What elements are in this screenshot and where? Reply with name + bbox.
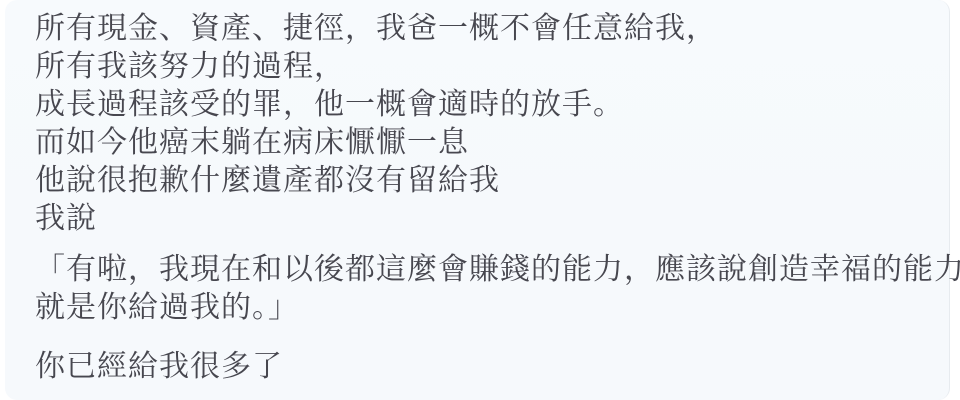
text-line: 所有我該努力的過程， [35, 48, 933, 86]
text-line: 所有現金、資產、捷徑，我爸一概不會任意給我， [35, 10, 933, 48]
paragraph: 所有現金、資產、捷徑，我爸一概不會任意給我，所有我該努力的過程，成長過程該受的罪… [35, 10, 933, 238]
text-card: 所有現金、資產、捷徑，我爸一概不會任意給我，所有我該努力的過程，成長過程該受的罪… [5, 0, 950, 400]
text-line: 他說很抱歉什麼遺產都沒有留給我 [35, 162, 933, 200]
text-line: 「有啦，我現在和以後都這麼會賺錢的能力，應該說創造幸福的能力， [35, 251, 933, 289]
paragraph: 「有啦，我現在和以後都這麼會賺錢的能力，應該說創造幸福的能力，就是你給過我的。」 [35, 251, 933, 327]
text-line: 成長過程該受的罪，他一概會適時的放手。 [35, 86, 933, 124]
text-line: 我說 [35, 200, 933, 238]
text-line: 就是你給過我的。」 [35, 289, 933, 327]
text-line: 你已經給我很多了 [35, 348, 933, 386]
text-body: 所有現金、資產、捷徑，我爸一概不會任意給我，所有我該努力的過程，成長過程該受的罪… [35, 10, 933, 386]
paragraph: 你已經給我很多了 [35, 348, 933, 386]
text-line: 而如今他癌末躺在病床懨懨一息 [35, 124, 933, 162]
